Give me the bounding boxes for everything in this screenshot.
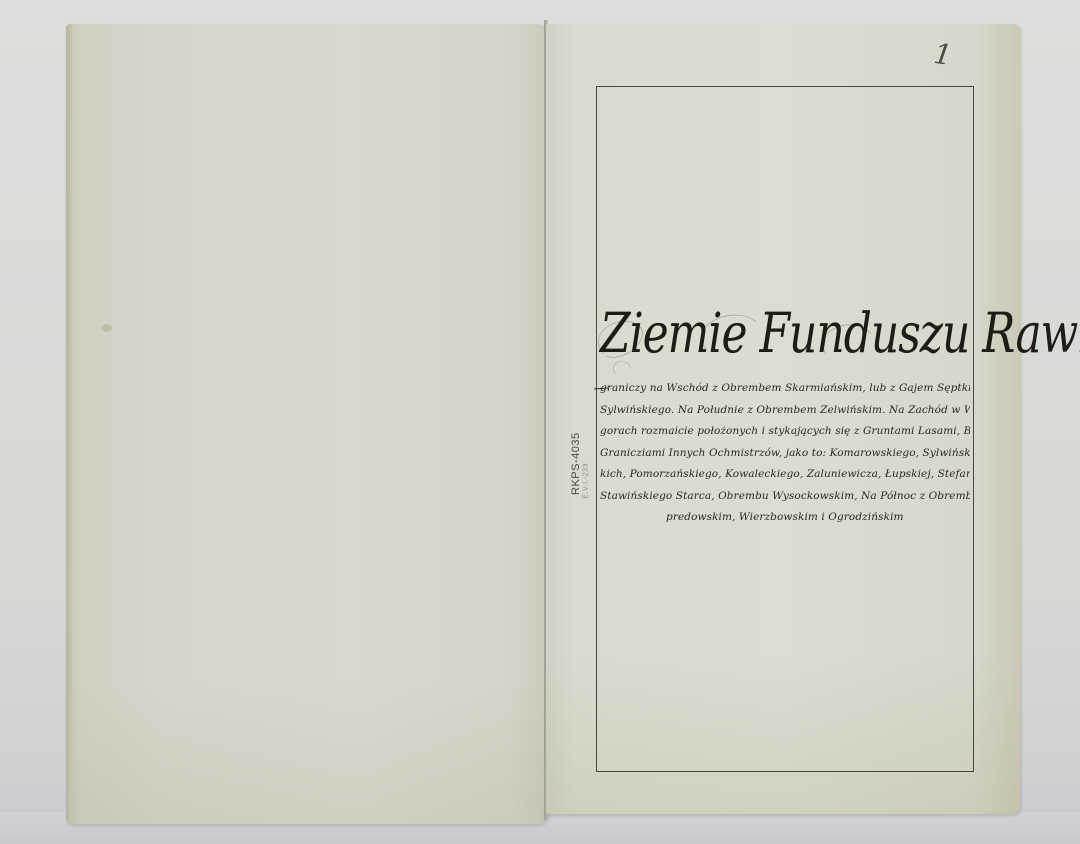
body-line: gorach rozmaicie położonych i stykającyc… (600, 421, 970, 443)
archive-shelfmark: RKPS-4035 E.V.I.-233 (566, 399, 586, 499)
archive-mark: RKPS-4035 (570, 395, 582, 495)
paper-stain (102, 324, 112, 332)
body-line: Stawińskiego Starca, Obrembu Wysockowski… (600, 486, 970, 508)
body-line: Sylwińskiego. Na Południe z Obrembem Zel… (600, 400, 970, 422)
body-paragraph: graniczy na Wschód z Obrembem Skarmiańsk… (600, 378, 970, 529)
archive-mark-sub: E.V.I.-233 (583, 399, 590, 499)
left-page (66, 24, 548, 824)
body-line: graniczy na Wschód z Obrembem Skarmiańsk… (600, 378, 970, 400)
manuscript-photo: 1 RKPS-4035 E.V.I.-233 Ziemie Funduszu R… (0, 0, 1080, 844)
page-number: 1 (932, 37, 954, 72)
body-line: Granicziami Innych Ochmistrzów, jako to:… (600, 443, 970, 465)
body-line: predowskim, Wierzbowskim i Ogrodzińskim (600, 507, 970, 529)
document-title: Ziemie Funduszu Rawiszki (600, 302, 990, 366)
right-page: 1 RKPS-4035 E.V.I.-233 Ziemie Funduszu R… (546, 24, 1020, 814)
page-shading (66, 684, 548, 824)
body-line: kich, Pomorzańskiego, Kowaleckiego, Zalu… (600, 464, 970, 486)
